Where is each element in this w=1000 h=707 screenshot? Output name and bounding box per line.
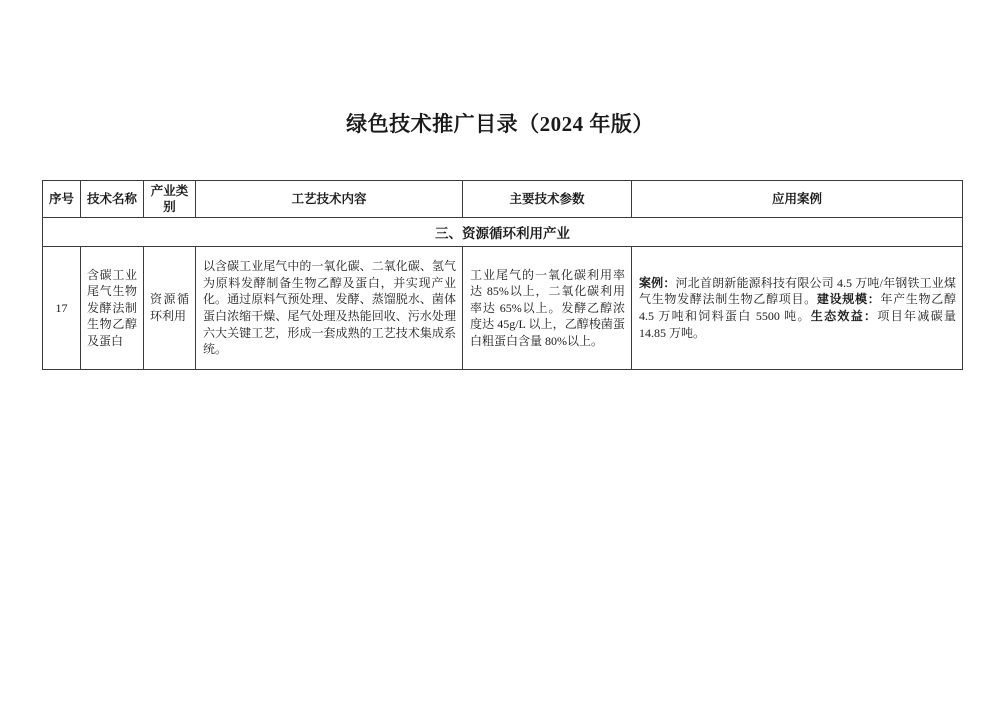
- page-title: 绿色技术推广目录（2024 年版）: [0, 111, 1000, 137]
- benefit-label: 生态效益：: [811, 309, 878, 323]
- cell-category: 资源循环利用: [144, 247, 196, 370]
- cell-process: 以含碳工业尾气中的一氧化碳、二氧化碳、氢气为原料发酵制备生物乙醇及蛋白，并实现产…: [196, 247, 463, 370]
- col-header-cases: 应用案例: [632, 181, 963, 218]
- cell-application-case: 案例：河北首朗新能源科技有限公司 4.5 万吨/年钢铁工业煤气生物发酵法制生物乙…: [632, 247, 963, 370]
- cell-index: 17: [43, 247, 81, 370]
- document-page: 绿色技术推广目录（2024 年版） 序号 技术名称 产业类别 工艺技术内容 主要…: [0, 0, 1000, 707]
- table-row: 17 含碳工业尾气生物发酵法制生物乙醇及蛋白 资源循环利用 以含碳工业尾气中的一…: [43, 247, 963, 370]
- col-header-process: 工艺技术内容: [196, 181, 463, 218]
- cell-tech-name: 含碳工业尾气生物发酵法制生物乙醇及蛋白: [81, 247, 144, 370]
- catalog-table: 序号 技术名称 产业类别 工艺技术内容 主要技术参数 应用案例 三、资源循环利用…: [42, 180, 963, 370]
- cell-parameters: 工业尾气的一氧化碳利用率达 85%以上，二氧化碳利用率达 65%以上。发酵乙醇浓…: [463, 247, 632, 370]
- case-label: 案例：: [639, 276, 676, 290]
- scale-label: 建设规模：: [817, 292, 881, 306]
- section-header-cell: 三、资源循环利用产业: [43, 218, 963, 247]
- table-header-row: 序号 技术名称 产业类别 工艺技术内容 主要技术参数 应用案例: [43, 181, 963, 218]
- col-header-tech-name: 技术名称: [81, 181, 144, 218]
- col-header-category: 产业类别: [144, 181, 196, 218]
- section-header-row: 三、资源循环利用产业: [43, 218, 963, 247]
- col-header-index: 序号: [43, 181, 81, 218]
- col-header-parameters: 主要技术参数: [463, 181, 632, 218]
